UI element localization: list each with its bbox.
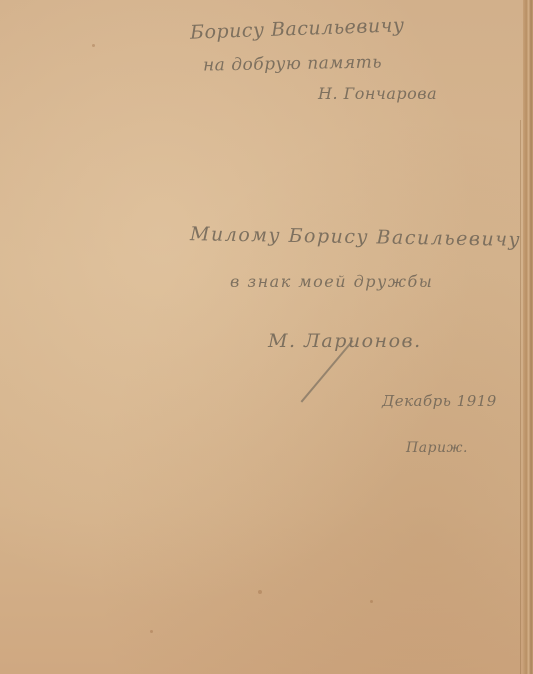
paper-speck [370, 600, 373, 603]
dedication-2-date: Декабрь 1919 [382, 392, 497, 410]
dedication-1-line-1: Борису Васильевичу [190, 14, 405, 43]
paper-speck [92, 44, 95, 47]
dedication-1-line-2: на добрую память [203, 52, 382, 75]
paper-speck [150, 630, 153, 633]
page-edge-line [520, 120, 521, 674]
dedication-1-signature: Н. Гончарова [318, 84, 437, 103]
dedication-2-line-2: в знак моей дружбы [230, 272, 433, 291]
paper-speck [258, 590, 262, 594]
dedication-2-line-1: Милому Борису Васильевичу [190, 223, 521, 251]
dedication-2-place: Париж. [406, 440, 468, 456]
document-page: Борису Васильевичу на добрую память Н. Г… [0, 0, 533, 674]
page-edge [523, 0, 533, 674]
